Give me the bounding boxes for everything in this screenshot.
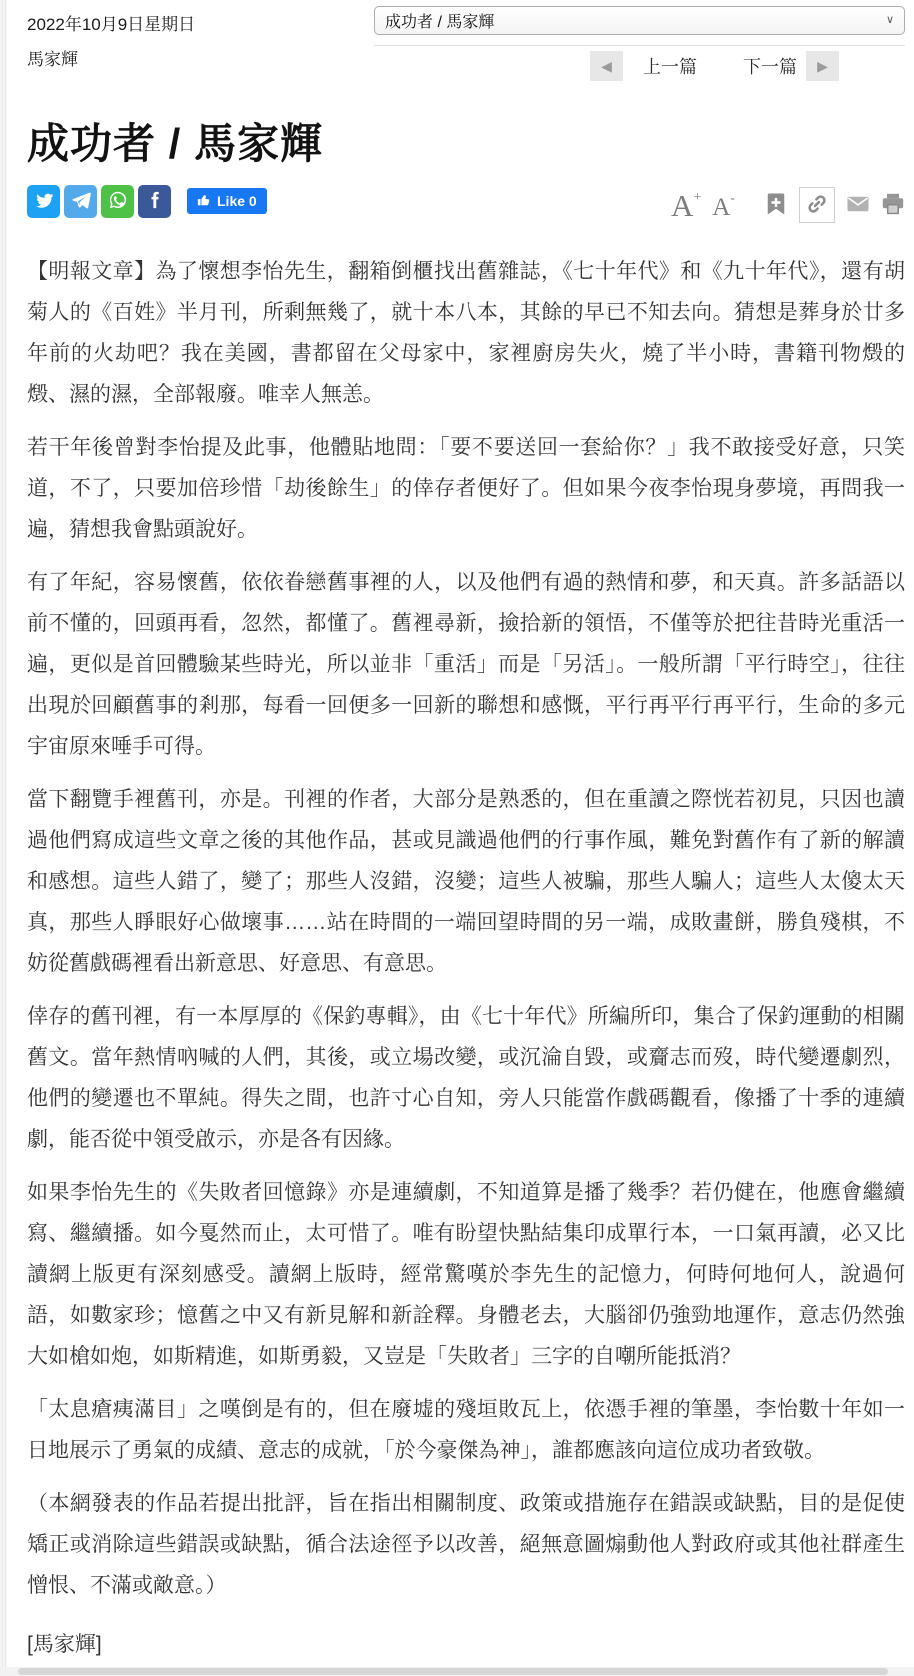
print-icon bbox=[881, 192, 905, 219]
page-content: 2022年10月9日星期日 馬家輝 成功者 / 馬家輝 ∨ ◀ 上一篇 下一篇 … bbox=[0, 0, 914, 1665]
scrollbar-thumb[interactable] bbox=[18, 1668, 888, 1675]
thumbs-up-icon bbox=[197, 193, 211, 210]
article-paragraph: 有了年紀，容易懷舊，依依眷戀舊事裡的人，以及他們有過的熱情和夢，和天真。許多話語… bbox=[27, 562, 905, 767]
top-bar: 2022年10月9日星期日 馬家輝 成功者 / 馬家輝 ∨ ◀ 上一篇 下一篇 … bbox=[27, 6, 905, 81]
share-toolbar: Like 0 A+ A- bbox=[27, 185, 905, 223]
pager: ◀ 上一篇 下一篇 ▶ bbox=[374, 51, 905, 81]
horizontal-scrollbar bbox=[0, 1667, 914, 1676]
page-date: 2022年10月9日星期日 bbox=[27, 10, 195, 35]
article-paragraph: 倖存的舊刊裡，有一本厚厚的《保釣專輯》，由《七十年代》所編所印，集合了保釣運動的… bbox=[27, 996, 905, 1160]
link-icon bbox=[805, 192, 829, 219]
article-paragraph: （本網發表的作品若提出批評，旨在指出相關制度、政策或措施存在錯誤或缺點，目的是促… bbox=[27, 1483, 905, 1606]
article-selector[interactable]: 成功者 / 馬家輝 ∨ bbox=[374, 6, 905, 35]
copy-link-button[interactable] bbox=[799, 187, 835, 223]
bookmark-add-button[interactable] bbox=[764, 192, 788, 219]
selector-value: 成功者 / 馬家輝 bbox=[385, 9, 494, 32]
facebook-icon bbox=[145, 190, 165, 213]
whatsapp-icon bbox=[108, 190, 128, 213]
article-signature: [馬家輝] bbox=[27, 1624, 905, 1665]
page-title: 成功者 / 馬家輝 bbox=[27, 111, 905, 171]
article-body: 【明報文章】為了懷想李怡先生，翻箱倒櫃找出舊雜誌，《七十年代》和《九十年代》，還… bbox=[27, 251, 905, 1606]
email-button[interactable] bbox=[846, 192, 870, 219]
prev-article-link[interactable]: 上一篇 bbox=[643, 53, 697, 79]
article-paragraph: 如果李怡先生的《失敗者回憶錄》亦是連續劇，不知道算是播了幾季？若仍健在，他應會繼… bbox=[27, 1172, 905, 1377]
bookmark-add-icon bbox=[764, 192, 788, 219]
article-paragraph: 【明報文章】為了懷想李怡先生，翻箱倒櫃找出舊雜誌，《七十年代》和《九十年代》，還… bbox=[27, 251, 905, 415]
top-right-column: 成功者 / 馬家輝 ∨ ◀ 上一篇 下一篇 ▶ bbox=[374, 6, 905, 81]
author-link[interactable]: 馬家輝 bbox=[27, 45, 195, 70]
article-paragraph: 若干年後曾對李怡提及此事，他體貼地問：「要不要送回一套給你？」我不敢接受好意，只… bbox=[27, 427, 905, 550]
left-edge-strip bbox=[0, 0, 7, 1676]
font-decrease-button[interactable]: A- bbox=[712, 191, 735, 220]
arrow-left-icon: ◀ bbox=[601, 58, 612, 75]
like-count-label: Like 0 bbox=[217, 193, 257, 209]
article-tools: A+ A- bbox=[671, 185, 905, 223]
like-button[interactable]: Like 0 bbox=[187, 188, 267, 214]
prev-article-button[interactable]: ◀ bbox=[590, 51, 623, 81]
next-article-button[interactable]: ▶ bbox=[806, 51, 839, 81]
font-increase-button[interactable]: A+ bbox=[671, 190, 701, 221]
twitter-share-button[interactable] bbox=[27, 185, 60, 218]
next-article-link[interactable]: 下一篇 bbox=[743, 53, 797, 79]
telegram-share-button[interactable] bbox=[64, 185, 97, 218]
telegram-icon bbox=[71, 190, 91, 213]
print-button[interactable] bbox=[881, 192, 905, 219]
chevron-down-icon: ∨ bbox=[886, 15, 894, 26]
divider bbox=[374, 45, 905, 46]
article-meta: 2022年10月9日星期日 馬家輝 bbox=[27, 6, 195, 70]
twitter-icon bbox=[34, 190, 54, 213]
email-icon bbox=[846, 192, 870, 219]
facebook-share-button[interactable] bbox=[138, 185, 171, 218]
whatsapp-share-button[interactable] bbox=[101, 185, 134, 218]
article-paragraph: 「太息瘡痍滿目」之嘆倒是有的，但在廢墟的殘垣敗瓦上，依憑手裡的筆墨，李怡數十年如… bbox=[27, 1389, 905, 1471]
arrow-right-icon: ▶ bbox=[817, 58, 828, 75]
article-paragraph: 當下翻覽手裡舊刊，亦是。刊裡的作者，大部分是熟悉的，但在重讀之際恍若初見，只因也… bbox=[27, 779, 905, 984]
